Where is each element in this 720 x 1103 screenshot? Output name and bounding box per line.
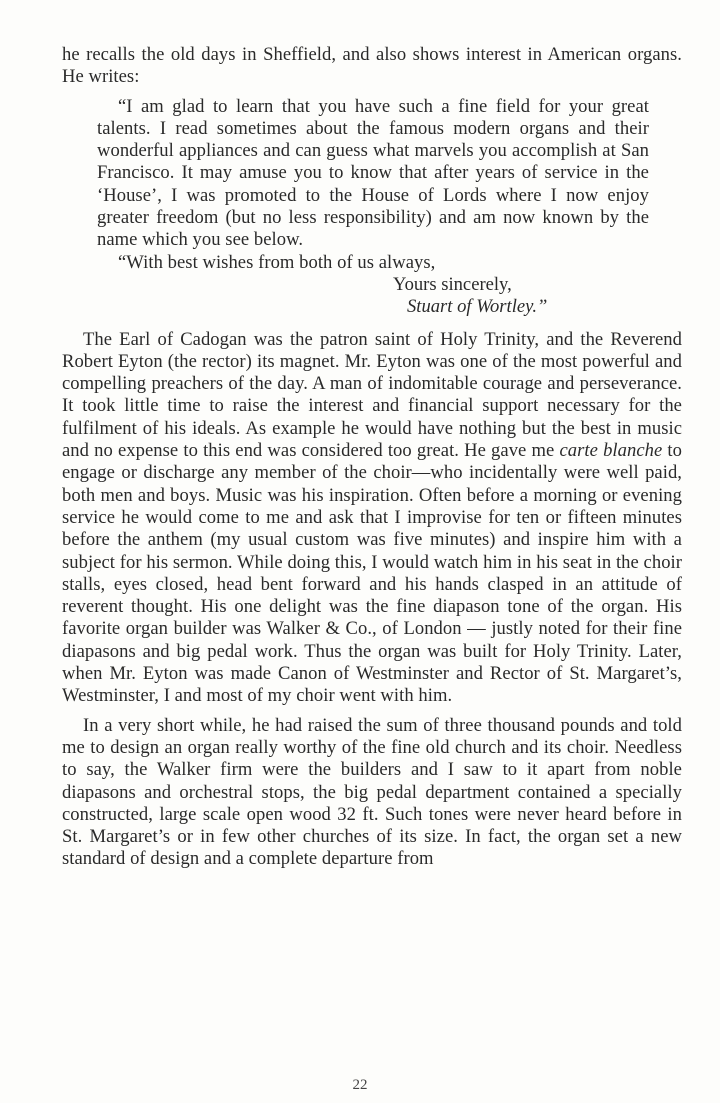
paragraph-text: to engage or discharge any member of the… xyxy=(62,440,682,706)
letter-closing: “With best wishes from both of us always… xyxy=(97,252,649,274)
paragraph-organ: In a very short while, he had raised the… xyxy=(62,715,682,871)
intro-paragraph: he recalls the old days in Sheffield, an… xyxy=(62,44,682,89)
italic-phrase: carte blanche xyxy=(559,440,662,461)
page-body: he recalls the old days in Sheffield, an… xyxy=(62,44,682,871)
letter-body: “I am glad to learn that you have such a… xyxy=(97,96,649,252)
letter-quote: “I am glad to learn that you have such a… xyxy=(97,96,649,274)
letter-signature: Stuart of Wortley.” xyxy=(62,296,682,318)
page-number: 22 xyxy=(0,1077,720,1094)
paragraph-cadogan: The Earl of Cadogan was the patron saint… xyxy=(62,329,682,708)
letter-valediction: Yours sincerely, xyxy=(62,274,682,296)
